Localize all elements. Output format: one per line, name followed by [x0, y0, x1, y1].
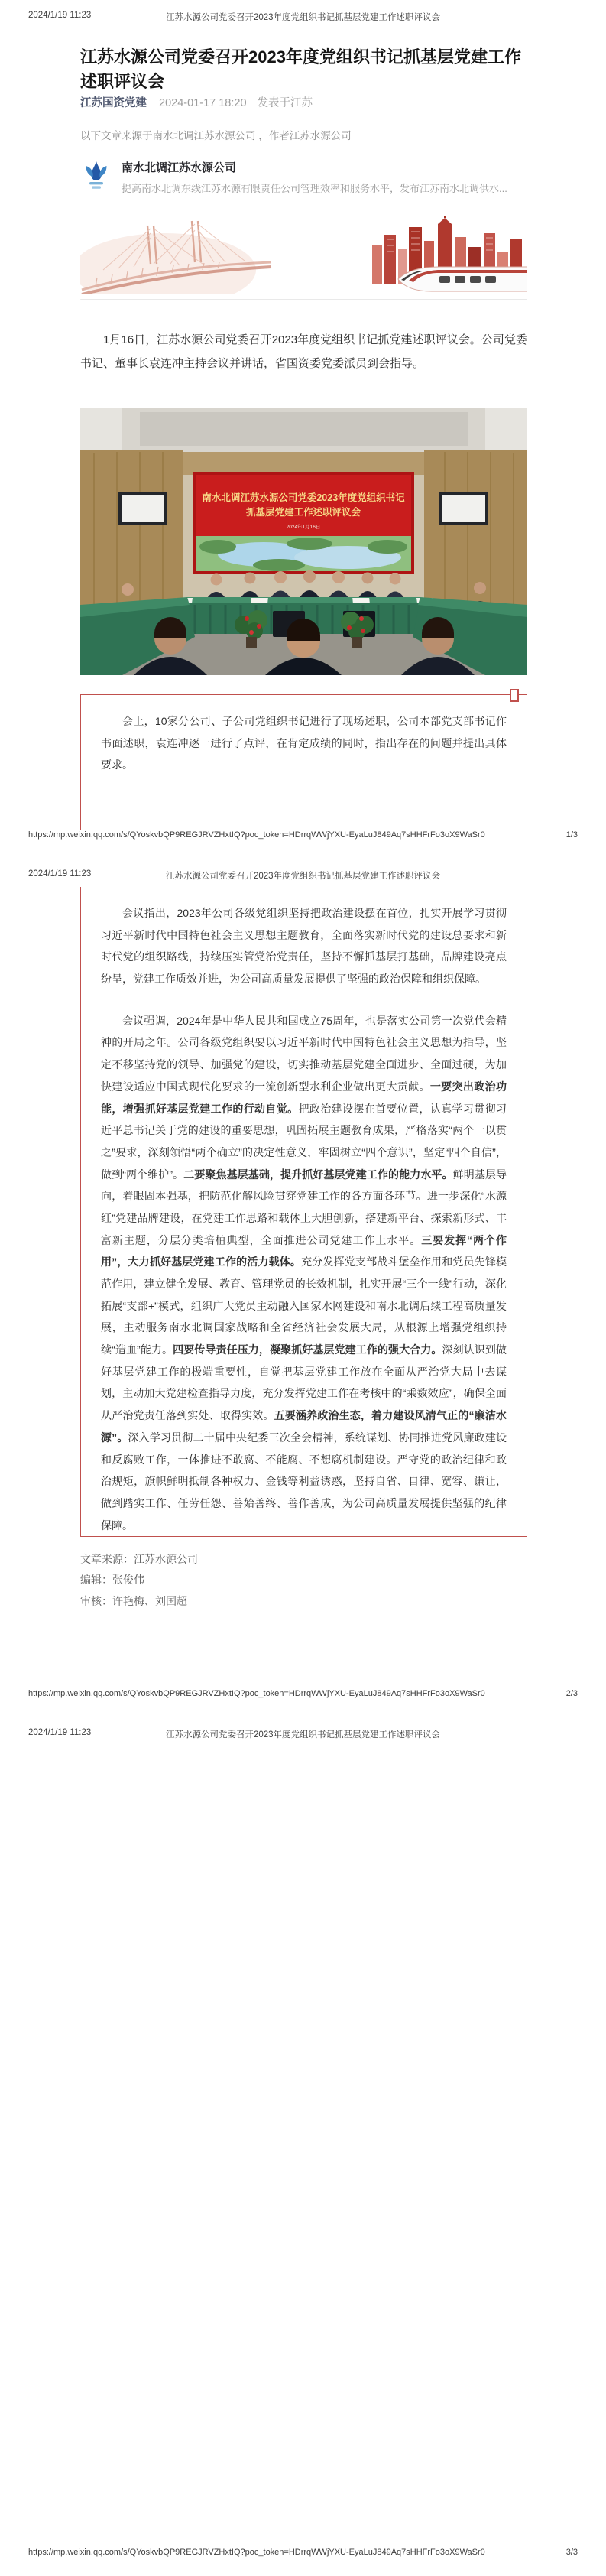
print-header-datetime: 2024/1/19 11:23 [28, 11, 91, 20]
publish-location: 发表于江苏 [258, 97, 313, 109]
source-account-card[interactable]: 南水北调江苏水源公司 提高南水北调东线江苏水源有限责任公司管理效率和服务水平，发… [80, 159, 527, 195]
source-card-description: 提高南水北调东线江苏水源有限责任公司管理效率和服务水平，发布江苏南水北调供水..… [122, 180, 527, 195]
quote-point-4-heading: 四要传导责任压力，凝聚抓好基层党建工作的强大合力。 [173, 1343, 442, 1356]
print-footer-page-number: 2/3 [566, 1689, 578, 1698]
quote-box-segment-1: 会上，10家分公司、子公司党组织书记进行了现场述职，公司本部党支部书记作书面述职… [80, 694, 527, 830]
quote-point-2-heading: 二要聚焦基层基础，提升抓好基层党建工作的能力水平。 [183, 1168, 452, 1181]
quote-point-5-text: 深入学习贯彻二十届中央纪委三次全会精神，系统谋划、协同推进党风廉政建设和反腐败工… [101, 1431, 507, 1532]
quote-point-3-text: 充分发挥党支部战斗堡垒作用和党员先锋模范作用，建立健全发展、教育、管理党员的长效… [101, 1256, 507, 1356]
print-header-title: 江苏水源公司党委召开2023年度党组织书记抓基层党建工作述职评议会 [99, 1728, 507, 1740]
meeting-photo: 南水北调江苏水源公司党委2023年度党组织书记 抓基层党建工作述职评议会 202… [80, 408, 527, 675]
print-footer-url[interactable]: https://mp.weixin.qq.com/s/QYoskvbQP9REG… [28, 1689, 485, 1698]
page-1: 2024/1/19 11:23 江苏水源公司党委召开2023年度党组织书记抓基层… [0, 0, 606, 859]
print-header-title: 江苏水源公司党委召开2023年度党组织书记抓基层党建工作述职评议会 [99, 11, 507, 23]
credit-editor: 编辑：张俊伟 [80, 1570, 198, 1590]
publish-time: 2024-01-17 18:20 [159, 97, 247, 109]
source-card-name: 南水北调江苏水源公司 [122, 159, 527, 175]
quote-ornament-icon [510, 689, 519, 702]
intro-paragraph: 1月16日，江苏水源公司党委召开2023年度党组织书记抓党建述职评议会。公司党委… [80, 329, 527, 376]
quote-paragraph-2: 会议指出，2023年公司各级党组织坚持把政治建设摆在首位，扎实开展学习贯彻习近平… [101, 902, 507, 990]
water-source-logo-icon [80, 159, 112, 191]
print-header-title: 江苏水源公司党委召开2023年度党组织书记抓基层党建工作述职评议会 [99, 869, 507, 882]
masthead-banner-illustration [80, 216, 527, 294]
print-footer-url[interactable]: https://mp.weixin.qq.com/s/QYoskvbQP9REG… [28, 2548, 485, 2557]
photo-banner-line1: 南水北调江苏水源公司党委2023年度党组织书记 [202, 492, 405, 503]
page-3: 2024/1/19 11:23 江苏水源公司党委召开2023年度党组织书记抓基层… [0, 1717, 606, 2576]
section-divider [80, 299, 527, 300]
credit-source: 文章来源：江苏水源公司 [80, 1549, 198, 1570]
article-title: 江苏水源公司党委召开2023年度党组织书记抓基层党建工作述职评议会 [80, 45, 527, 95]
source-card-texts: 南水北调江苏水源公司 提高南水北调东线江苏水源有限责任公司管理效率和服务水平，发… [122, 159, 527, 195]
photo-banner-line2: 抓基层党建工作述职评议会 [245, 506, 361, 518]
article-credits: 文章来源：江苏水源公司 编辑：张俊伟 审核：许艳梅、刘国超 [80, 1549, 198, 1612]
credit-reviewers: 审核：许艳梅、刘国超 [80, 1591, 198, 1612]
print-preview: { "doc": { "datetime": "2024/1/19 11:23"… [0, 0, 606, 2576]
quote-paragraph-3: 会议强调，2024年是中华人民共和国成立75周年，也是落实公司第一次党代会精神的… [101, 1010, 507, 1537]
page-2: 2024/1/19 11:23 江苏水源公司党委召开2023年度党组织书记抓基层… [0, 859, 606, 1717]
print-footer-page-number: 3/3 [566, 2548, 578, 2557]
source-note: 以下文章来源于南水北调江苏水源公司 ，作者江苏水源公司 [80, 127, 527, 142]
print-header-datetime: 2024/1/19 11:23 [28, 1728, 91, 1737]
photo-banner-date: 2024年1月16日 [287, 523, 321, 530]
byline: 江苏国资党建 2024-01-17 18:20 发表于江苏 [80, 94, 527, 110]
print-header-datetime: 2024/1/19 11:23 [28, 869, 91, 879]
quote-box-segment-2: 会议指出，2023年公司各级党组织坚持把政治建设摆在首位，扎实开展学习贯彻习近平… [80, 887, 527, 1537]
account-name-link[interactable]: 江苏国资党建 [80, 97, 147, 109]
quote-paragraph-1: 会上，10家分公司、子公司党组织书记进行了现场述职，公司本部党支部书记作书面述职… [101, 710, 507, 776]
print-footer-page-number: 1/3 [566, 830, 578, 840]
print-footer-url[interactable]: https://mp.weixin.qq.com/s/QYoskvbQP9REG… [28, 830, 485, 840]
